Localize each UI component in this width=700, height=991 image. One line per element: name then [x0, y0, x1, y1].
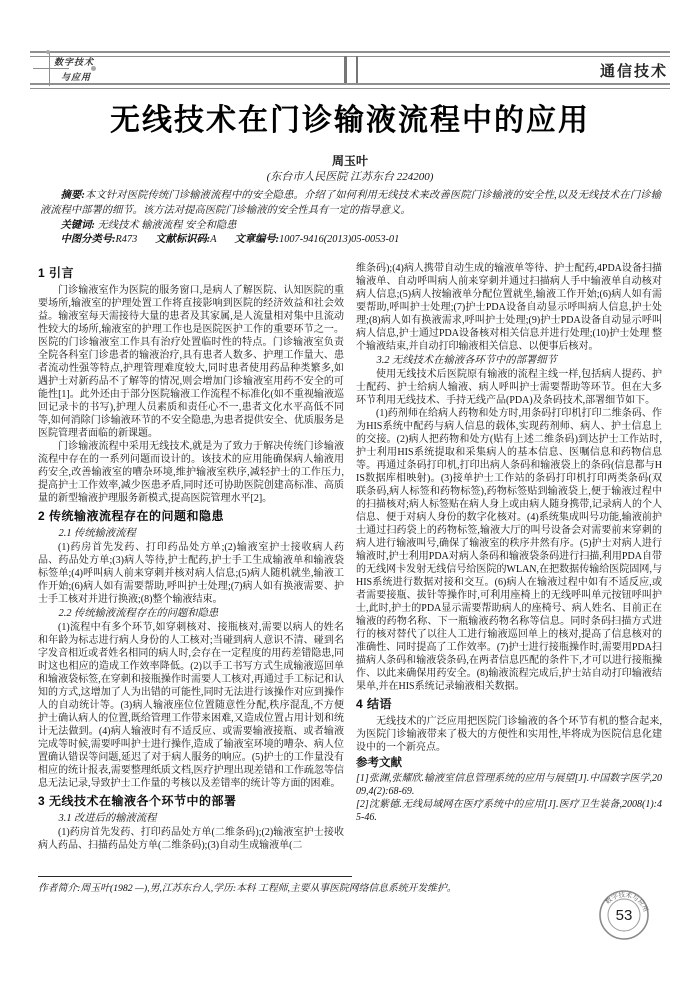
paragraph: 无线技术的广泛应用把医院门诊输液的各个环节有机的整合起来,为医院门诊输液带来了极… — [356, 715, 662, 754]
logo-dot — [46, 50, 50, 54]
paragraph: (1)药剂师在给病人药物和处方时,用条码打印机打印二维条码、作为HIS系统中配药… — [356, 407, 662, 693]
journal-page: 数字技术 与应用 通信技术 无线技术在门诊输液流程中的应用 周玉叶 (东台市人民… — [0, 0, 700, 991]
divider-bar — [344, 56, 347, 83]
paragraph: 使用无线技术后医院原有输液的流程主线一样,包括病人提药、护士配药、护士给病人输液… — [356, 368, 662, 407]
article-id-value: 1007-9416(2013)05-0053-01 — [279, 234, 399, 245]
article-id-label: 文章编号: — [234, 234, 279, 245]
reference-item: [2]沈紫德.无线局域网在医疗系统中的应用[J].医疗卫生装备,2008(1):… — [356, 798, 662, 824]
clc-value: R473 — [116, 234, 138, 245]
subsection-heading-3-1: 3.1 改进后的输液流程 — [38, 812, 344, 825]
subsection-heading-2-2: 2.2 传统输液流程存在的问题和隐患 — [38, 607, 344, 620]
author-name: 周玉叶 — [0, 152, 700, 169]
section-heading-4: 4 结语 — [356, 697, 662, 712]
journal-logo: 数字技术 与应用 — [33, 55, 113, 84]
section-heading-3: 3 无线技术在输液各个环节中的部署 — [38, 794, 344, 809]
page-number-seal: 数字技术与应用 53 — [594, 886, 654, 946]
subsection-heading-2-1: 2.1 传统输液流程 — [38, 527, 344, 540]
logo-horizontal-line — [33, 68, 69, 69]
section-heading-1: 1 引言 — [38, 266, 344, 281]
clc-label: 中图分类号: — [61, 234, 116, 245]
article-title: 无线技术在门诊输液流程中的应用 — [0, 95, 700, 139]
logo-vertical-line — [49, 52, 50, 86]
classification-line: 中图分类号:R473文献标识码:A文章编号:1007-9416(2013)05-… — [40, 233, 661, 248]
section-heading-2: 2 传统输液流程存在的问题和隐患 — [38, 509, 344, 524]
author-bio-footnote: 作者简介:周玉叶(1982 —),男,江苏东台人,学历:本科 工程师,主要从事医… — [38, 882, 664, 895]
journal-name-line1: 数字技术 — [54, 55, 94, 68]
keywords-text: 无线技术 输液流程 安全和隐患 — [98, 220, 237, 231]
references-heading: 参考文献 — [356, 756, 662, 771]
paragraph: (1)药房首先发药、打印药品处方单;(2)输液室护士接收病人药品、药品处方单;(… — [38, 541, 344, 606]
doc-code-value: A — [210, 234, 216, 245]
footnote-rule — [38, 876, 352, 877]
paragraph-continuation: 维条码);(4)病人携带自动生成的输液单等待、护士配药,4PDA设备扫描输液单、… — [356, 262, 662, 353]
paragraph: (1)药房首先发药、打印药品处方单(二维条码);(2)输液室护士接收病人药品、扫… — [38, 826, 344, 852]
header-divider-bars — [344, 56, 367, 83]
header-bottom-rule — [30, 83, 670, 89]
column-section-label: 通信技术 — [600, 60, 668, 81]
abstract: 摘要:本文针对医院传统门诊输液流程中的安全隐患。介绍了如何利用无线技术来改善医院… — [40, 189, 661, 219]
article-meta: 摘要:本文针对医院传统门诊输液流程中的安全隐患。介绍了如何利用无线技术来改善医院… — [40, 189, 661, 248]
paragraph: (1)流程中有多个环节,如穿刺核对、接瓶核对,需要以病人的姓名和年龄为标志进行病… — [38, 621, 344, 790]
journal-name-line2: 与应用 — [61, 70, 91, 83]
author-affiliation: (东台市人民医院 江苏东台 224200) — [0, 168, 700, 184]
abstract-text: 本文针对医院传统门诊输液流程中的安全隐患。介绍了如何利用无线技术来改善医院门诊输… — [40, 190, 661, 216]
subsection-heading-3-2: 3.2 无线技术在输液各环节中的部署细节 — [356, 354, 662, 367]
keywords-label: 关键词: — [61, 220, 95, 231]
page-number: 53 — [616, 907, 633, 924]
paragraph: 门诊输液流程中采用无线技术,就是为了致力于解决传统门诊输液流程中存在的一系列问题… — [38, 440, 344, 505]
reference-item: [1]张渊,张耀欣.输液室信息管理系统的应用与展望[J].中国数字医学,2009… — [356, 772, 662, 798]
divider-bar — [356, 56, 359, 83]
abstract-label: 摘要: — [61, 190, 85, 201]
keywords: 关键词: 无线技术 输液流程 安全和隐患 — [40, 219, 661, 234]
left-column: 1 引言 门诊输液室作为医院的服务窗口,是病人了解医院、认知医院的重要场所,输液… — [38, 262, 344, 874]
right-column: 维条码);(4)病人携带自动生成的输液单等待、护士配药,4PDA设备扫描输液单、… — [356, 262, 662, 882]
doc-code-label: 文献标识码: — [155, 234, 210, 245]
paragraph: 门诊输液室作为医院的服务窗口,是病人了解医院、认知医院的重要场所,输液室的护理处… — [38, 284, 344, 440]
